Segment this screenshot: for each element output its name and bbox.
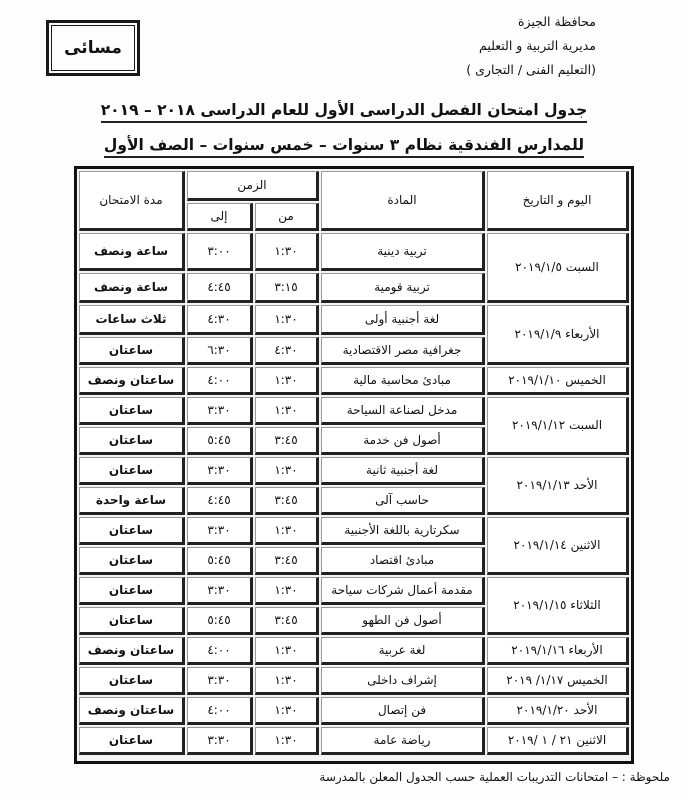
exam-end-time: ٤:٠٠ (187, 367, 253, 395)
exam-start-time: ٣:٤٥ (255, 547, 319, 575)
title-line-1: جدول امتحان الفصل الدراسى الأول للعام ال… (101, 101, 588, 123)
exam-end-time: ٤:٤٥ (187, 487, 253, 515)
exam-day-date: الاثنين ٢١ / ١ /٢٠١٩ (487, 727, 629, 755)
exam-end-time: ٤:٤٥ (187, 273, 253, 303)
exam-end-time: ٣:٣٠ (187, 397, 253, 425)
exam-subject: مبادئ محاسبة مالية (321, 367, 485, 395)
exam-end-time: ٤:٣٠ (187, 305, 253, 335)
exam-duration: ساعتان (79, 667, 185, 695)
exam-duration: ساعتان ونصف (79, 367, 185, 395)
exam-end-time: ٥:٤٥ (187, 607, 253, 635)
exam-day-date: الثلاثاء ٢٠١٩/١/١٥ (487, 577, 629, 635)
exam-end-time: ٥:٤٥ (187, 547, 253, 575)
exam-subject: لغة أجنبية أولى (321, 305, 485, 335)
exam-subject: مبادئ اقتصاد (321, 547, 485, 575)
exam-start-time: ٣:٤٥ (255, 487, 319, 515)
header-from: من (255, 203, 319, 231)
exam-subject: تربية قومية (321, 273, 485, 303)
exam-start-time: ١:٣٠ (255, 517, 319, 545)
governorate-label: محافظة الجيزة (466, 10, 596, 34)
exam-start-time: ١:٣٠ (255, 367, 319, 395)
exam-start-time: ١:٣٠ (255, 577, 319, 605)
exam-duration: ساعتان (79, 577, 185, 605)
exam-start-time: ٣:٤٥ (255, 427, 319, 455)
exam-day-date: الأربعاء ٢٠١٩/١/١٦ (487, 637, 629, 665)
exam-end-time: ٣:٣٠ (187, 667, 253, 695)
exam-duration: ساعتان (79, 517, 185, 545)
exam-start-time: ١:٣٠ (255, 397, 319, 425)
exam-subject: لغة عربية (321, 637, 485, 665)
page-subtitle: للمدارس الفندقية نظام ٣ سنوات – خمس سنوا… (0, 136, 688, 154)
exam-start-time: ٤:٣٠ (255, 337, 319, 365)
exam-day-date: الأحد ٢٠١٩/١/١٣ (487, 457, 629, 515)
shift-label: مسائى (51, 25, 135, 71)
exam-start-time: ١:٣٠ (255, 233, 319, 271)
exam-end-time: ٤:٠٠ (187, 637, 253, 665)
exam-duration: ساعة ونصف (79, 273, 185, 303)
exam-subject: لغة أجنبية ثانية (321, 457, 485, 485)
exam-end-time: ٤:٠٠ (187, 697, 253, 725)
exam-subject: جغرافية مصر الاقتصادية (321, 337, 485, 365)
exam-duration: ساعتان (79, 607, 185, 635)
exam-end-time: ٣:٣٠ (187, 577, 253, 605)
exam-end-time: ٣:٣٠ (187, 727, 253, 755)
exam-subject: سكرتارية باللغة الأجنبية (321, 517, 485, 545)
exam-start-time: ١:٣٠ (255, 667, 319, 695)
exam-start-time: ١:٣٠ (255, 727, 319, 755)
exam-start-time: ٣:١٥ (255, 273, 319, 303)
exam-subject: مدخل لصناعة السياحة (321, 397, 485, 425)
exam-subject: إشراف داخلى (321, 667, 485, 695)
page-title: جدول امتحان الفصل الدراسى الأول للعام ال… (0, 101, 688, 119)
exam-duration: ساعة واحدة (79, 487, 185, 515)
shift-box: مسائى (46, 20, 140, 76)
header-day-date: اليوم و التاريخ (487, 171, 629, 231)
exam-duration: ساعتان (79, 457, 185, 485)
directorate-label: مديرية التربية و التعليم (466, 34, 596, 58)
exam-duration: ساعة ونصف (79, 233, 185, 271)
exam-day-date: السبت ٢٠١٩/١/٥ (487, 233, 629, 303)
footer-note: ملحوظة : – امتحانات التدريبات العملية حس… (319, 770, 670, 784)
exam-end-time: ٣:٣٠ (187, 517, 253, 545)
exam-day-date: السبت ٢٠١٩/١/١٢ (487, 397, 629, 455)
exam-day-date: الأربعاء ٢٠١٩/١/٩ (487, 305, 629, 365)
exam-day-date: الخميس ٢٠١٩/١/١٠ (487, 367, 629, 395)
exam-start-time: ١:٣٠ (255, 637, 319, 665)
exam-subject: حاسب آلى (321, 487, 485, 515)
exam-subject: أصول فن خدمة (321, 427, 485, 455)
header-time: الزمن (187, 171, 319, 201)
header-duration: مدة الامتحان (79, 171, 185, 231)
exam-day-date: الخميس ١/١٧/ ٢٠١٩ (487, 667, 629, 695)
exam-duration: ساعتان ونصف (79, 697, 185, 725)
exam-day-date: الاثنين ٢٠١٩/١/١٤ (487, 517, 629, 575)
exam-duration: ساعتان (79, 727, 185, 755)
exam-subject: مقدمة أعمال شركات سياحة (321, 577, 485, 605)
exam-end-time: ٦:٣٠ (187, 337, 253, 365)
header-to: إلى (187, 203, 253, 231)
title-line-2: للمدارس الفندقية نظام ٣ سنوات – خمس سنوا… (104, 136, 584, 158)
exam-schedule-table: مدة الامتحان الزمن إلى من المادة اليوم و… (74, 166, 634, 764)
exam-duration: ساعتان (79, 547, 185, 575)
exam-start-time: ٣:٤٥ (255, 607, 319, 635)
department-label: (التعليم الفنى / التجارى ) (466, 58, 596, 82)
exam-duration: ساعتان (79, 397, 185, 425)
exam-duration: ساعتان (79, 427, 185, 455)
organization-header: محافظة الجيزة مديرية التربية و التعليم (… (466, 10, 596, 82)
exam-subject: تربية دينية (321, 233, 485, 271)
exam-start-time: ١:٣٠ (255, 457, 319, 485)
header-subject: المادة (321, 171, 485, 231)
exam-day-date: الأحد ٢٠١٩/١/٢٠ (487, 697, 629, 725)
exam-subject: فن إتصال (321, 697, 485, 725)
exam-subject: أصول فن الطهو (321, 607, 485, 635)
exam-duration: ساعتان (79, 337, 185, 365)
exam-end-time: ٣:٠٠ (187, 233, 253, 271)
exam-start-time: ١:٣٠ (255, 305, 319, 335)
exam-duration: ثلاث ساعات (79, 305, 185, 335)
exam-end-time: ٣:٣٠ (187, 457, 253, 485)
exam-duration: ساعتان ونصف (79, 637, 185, 665)
exam-subject: رياضة عامة (321, 727, 485, 755)
exam-start-time: ١:٣٠ (255, 697, 319, 725)
exam-end-time: ٥:٤٥ (187, 427, 253, 455)
